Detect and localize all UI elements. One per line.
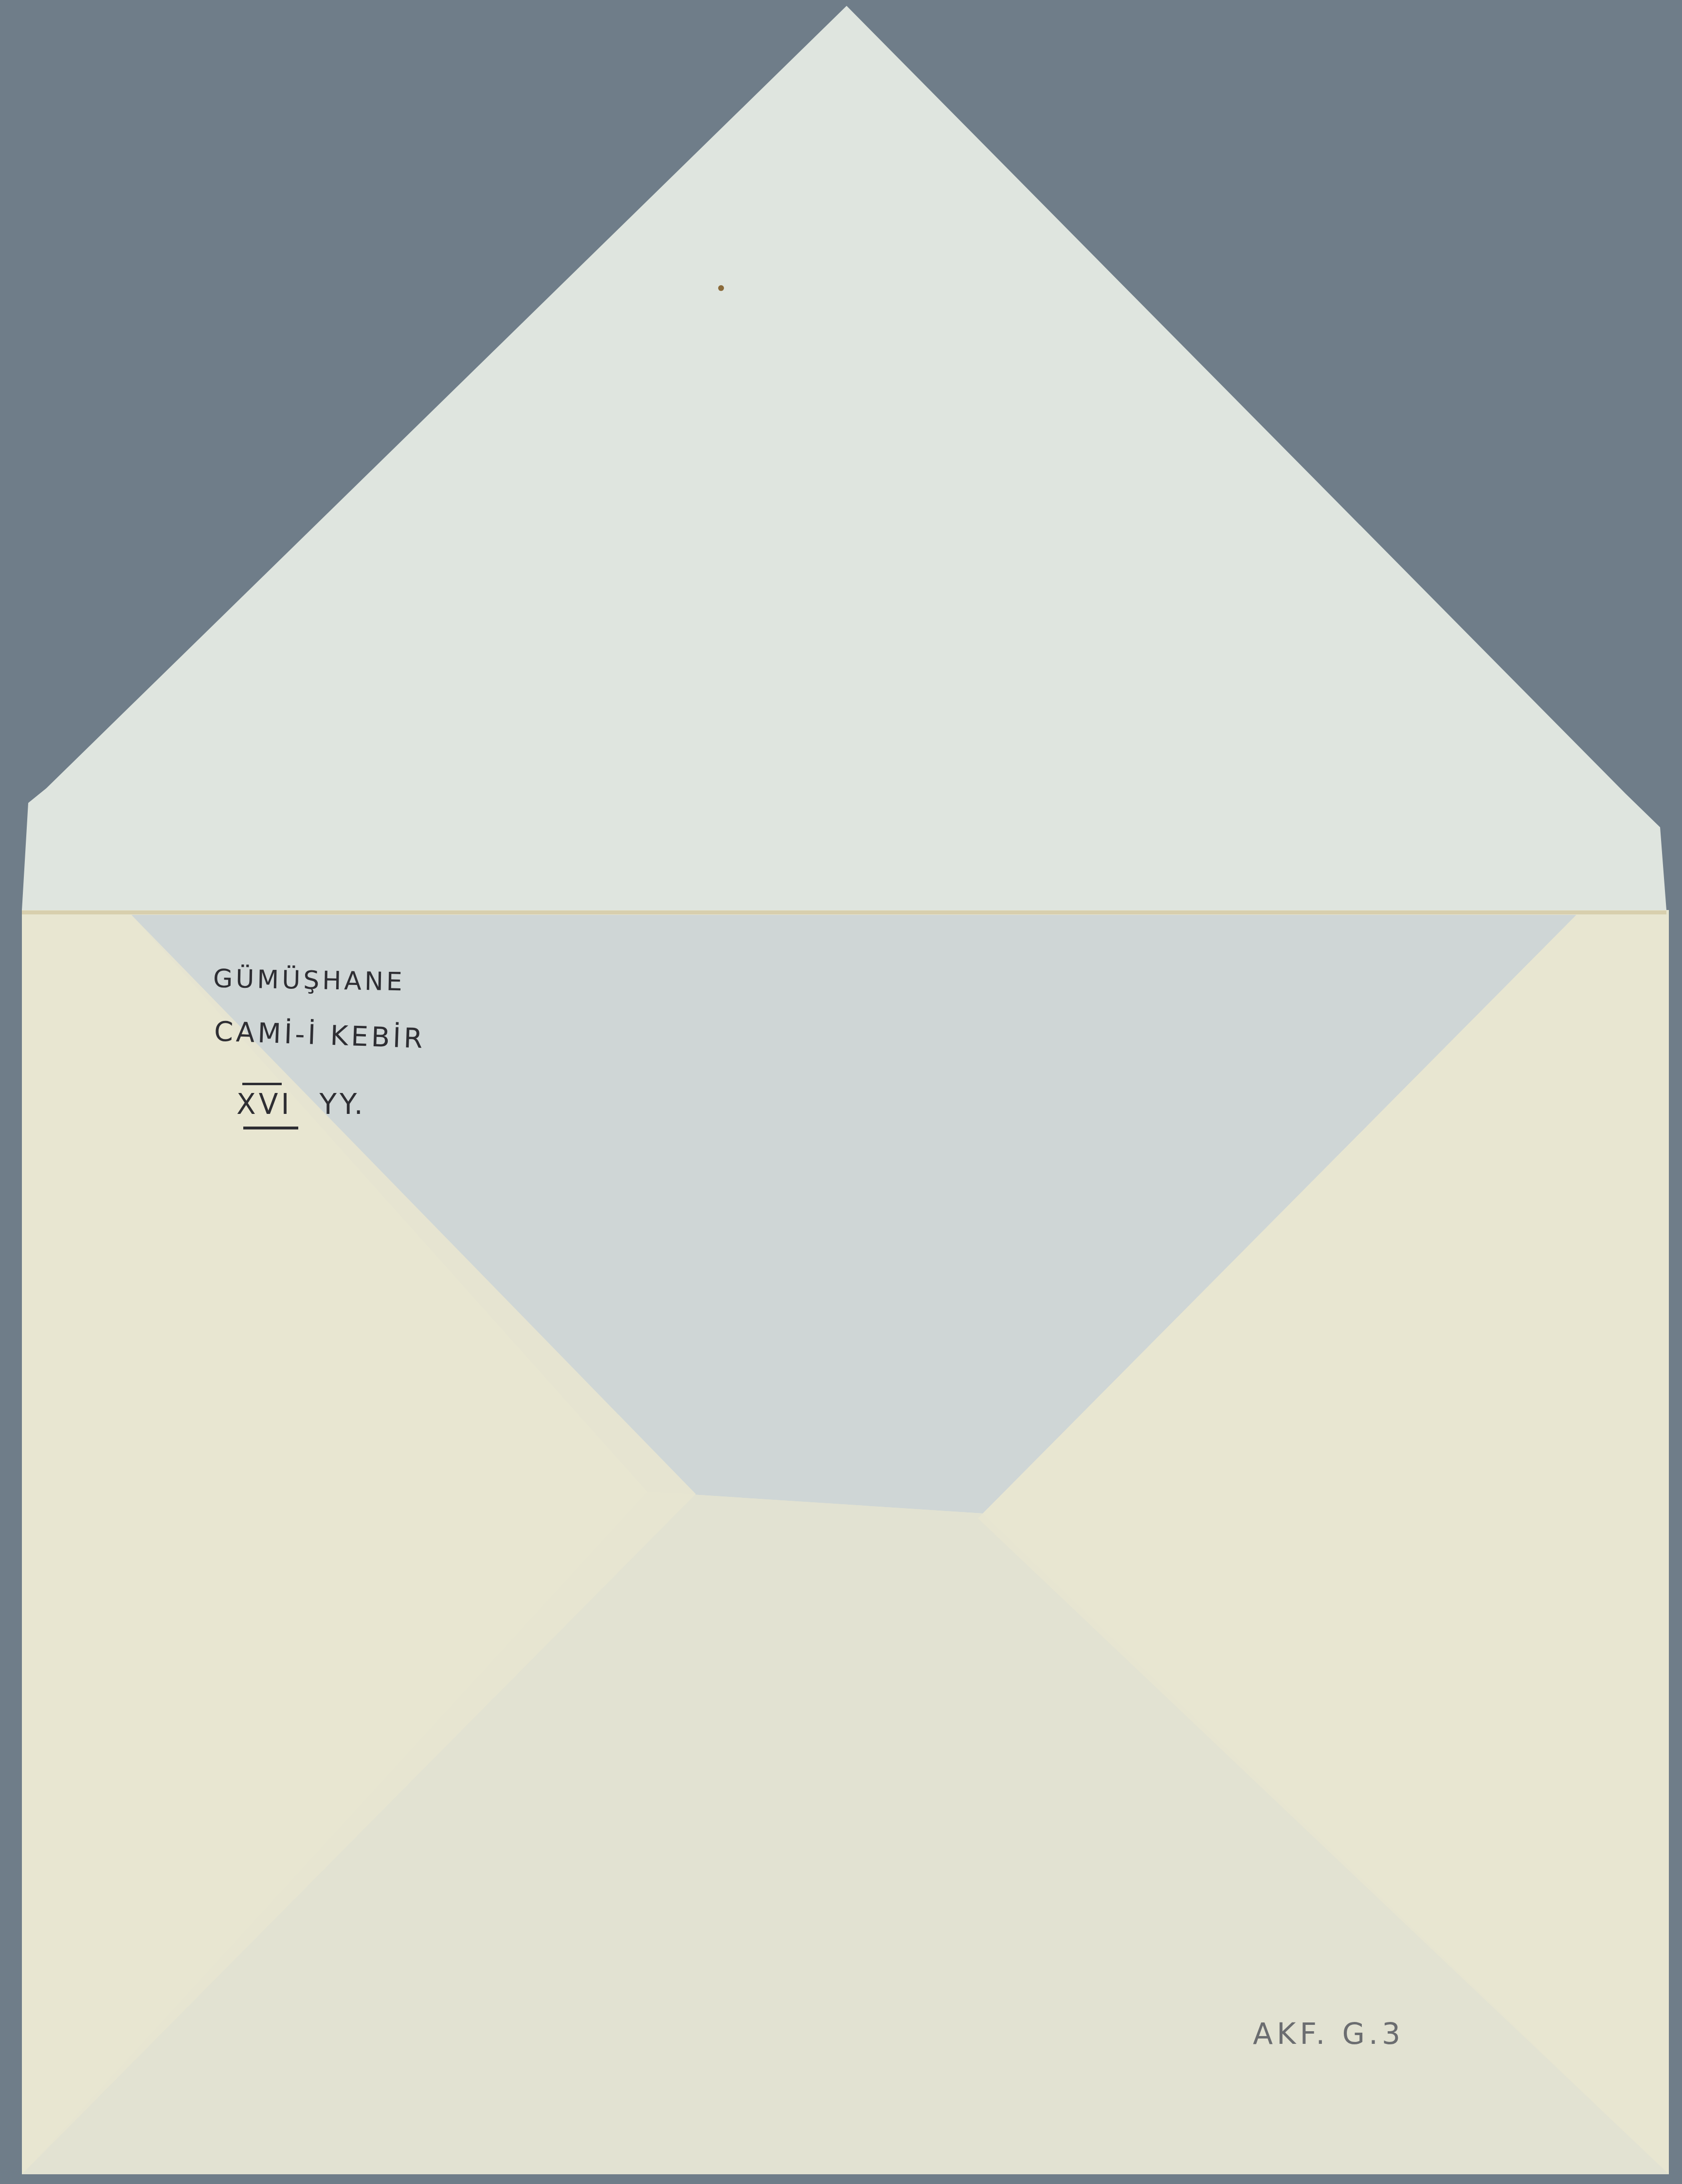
flap-spot: [718, 285, 724, 291]
note-date: XVIYY.: [234, 1088, 366, 1121]
envelope-top-flap: [22, 6, 1666, 910]
note-city: GÜMÜŞHANE: [213, 965, 406, 997]
note-century: XVI: [234, 1088, 295, 1121]
note-century-suffix: YY.: [320, 1088, 366, 1121]
scan-scene: GÜMÜŞHANE CAMİ-İ KEBİR XVIYY. AKF. G.3: [0, 0, 1682, 2184]
archive-code: AKF. G.3: [1253, 2017, 1404, 2051]
